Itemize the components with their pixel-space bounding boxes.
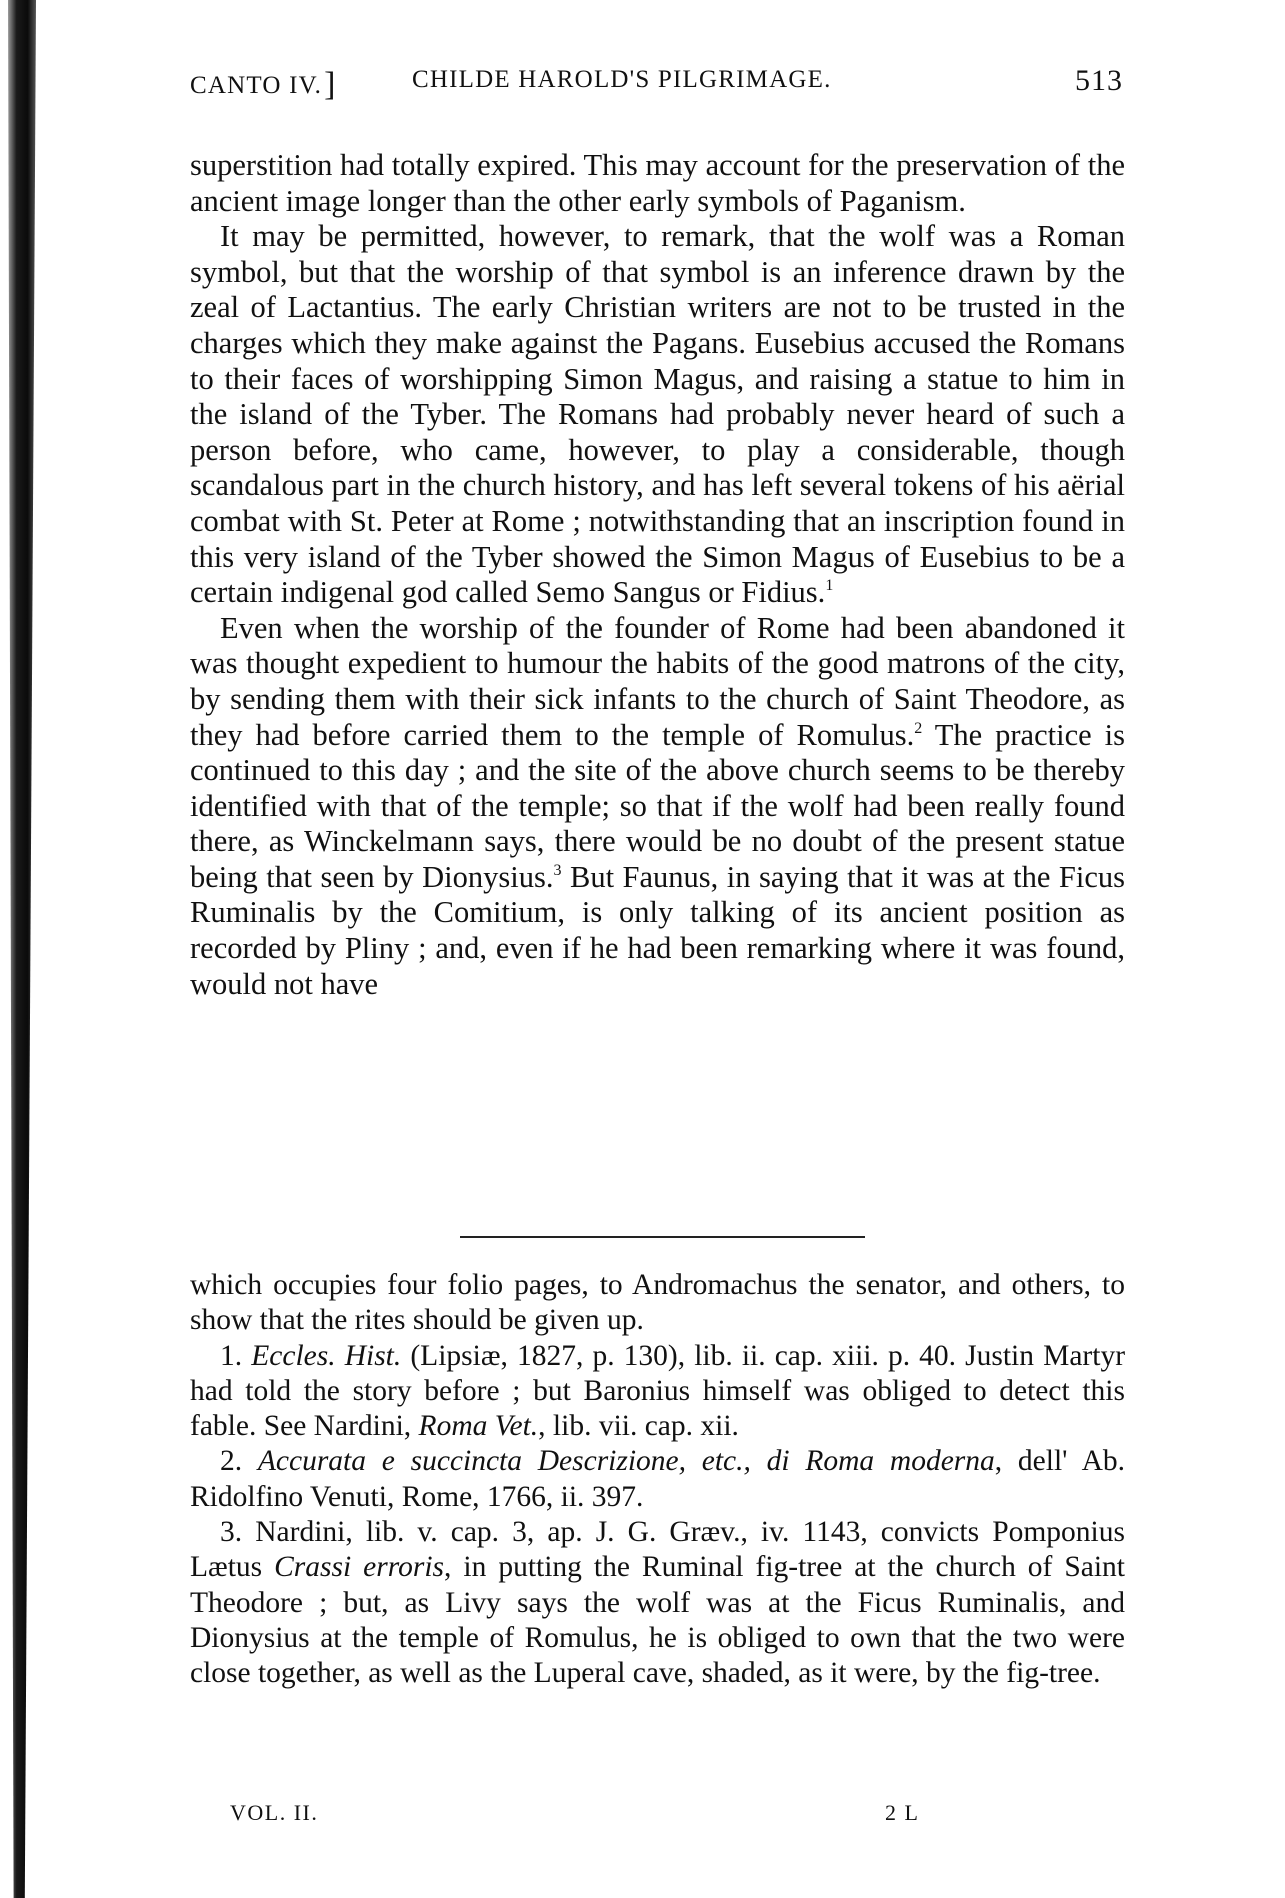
footnote-number: 2. — [220, 1445, 242, 1477]
footnote-separator — [460, 1236, 865, 1238]
book-title: CHILDE HAROLD'S PILGRIMAGE. — [412, 66, 832, 94]
footnote-ref-1[interactable]: 1 — [825, 577, 833, 594]
footnote-2: 2. Accurata e succincta Descrizione, etc… — [190, 1444, 1125, 1515]
book-binding-edge — [8, 0, 36, 1898]
citation-title: Crassi erroris — [274, 1551, 444, 1583]
main-text: superstition had totally expired. This m… — [190, 148, 1125, 1002]
footnote-number: 1. — [220, 1340, 242, 1372]
paragraph-text: It may be permitted, however, to remark,… — [190, 219, 1125, 609]
footnotes: which occupies four folio pages, to Andr… — [190, 1268, 1125, 1692]
page-number: 513 — [1075, 64, 1123, 98]
footnote-continuation: which occupies four folio pages, to Andr… — [190, 1268, 1125, 1339]
footnote-1: 1. Eccles. Hist. (Lipsiæ, 1827, p. 130),… — [190, 1339, 1125, 1445]
footnote-3: 3. Nardini, lib. v. cap. 3, ap. J. G. Gr… — [190, 1515, 1125, 1691]
paragraph-3: Even when the worship of the founder of … — [190, 611, 1125, 1003]
bracket-glyph: ] — [324, 66, 337, 103]
paragraph-text: superstition had totally expired. This m… — [190, 148, 1125, 218]
paragraph-2: It may be permitted, however, to remark,… — [190, 219, 1125, 611]
citation-title: Eccles. Hist. — [251, 1340, 401, 1372]
signature-mark: 2 L — [885, 1800, 919, 1826]
signature-line: VOL. II. 2 L — [190, 1800, 1125, 1830]
citation-title: Roma Vet. — [419, 1410, 539, 1442]
running-head: CANTO IV.] CHILDE HAROLD'S PILGRIMAGE. 5… — [190, 66, 1125, 106]
footnote-text: , lib. vii. cap. xii. — [538, 1410, 739, 1442]
footnote-number: 3. — [220, 1516, 242, 1548]
volume-label: VOL. II. — [230, 1800, 318, 1826]
paragraph-1: superstition had totally expired. This m… — [190, 148, 1125, 219]
citation-title: Accurata e succincta Descrizione, etc., … — [258, 1445, 995, 1477]
canto-label: CANTO IV.] — [190, 66, 337, 100]
